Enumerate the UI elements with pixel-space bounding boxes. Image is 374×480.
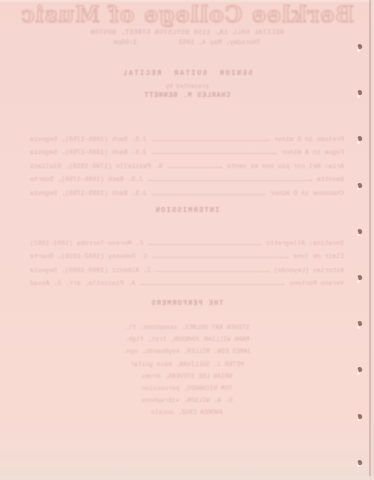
college-title: Berklee College of Music xyxy=(0,2,374,28)
binding-hole-icon xyxy=(357,136,363,144)
program-row: Prelude in D minor J.S. Bach (1685-1750)… xyxy=(30,129,344,143)
performer-line: TOM RICHARDS, percussion xyxy=(0,383,374,395)
performer-line: JAMES EDW. MILLER, keyboards, syn. xyxy=(0,346,374,358)
composer: G. Paisiello (1740-1816), Giuliani xyxy=(30,163,163,170)
dotted-leader xyxy=(156,271,269,272)
performer-line: STEVEN RAY HOLMES, saxophone, fl. xyxy=(0,322,374,334)
program-row: Aria: Nel cor piu non mi sento G. Paisie… xyxy=(30,156,344,170)
composer: J.S. Bach (1685-1750), Duarte xyxy=(30,176,143,183)
program-part1: Prelude in D minor J.S. Bach (1685-1750)… xyxy=(30,129,344,197)
performer-line: ANDREA CRUZ, vocals xyxy=(0,407,374,419)
piece-title: Prelude in D minor xyxy=(274,136,344,143)
piece-title: Aria: Nel cor piu non mi sento xyxy=(227,163,344,170)
performers-heading: THE PERFORMERS xyxy=(0,300,374,308)
date-line: Thursday, May 4, 19822:00pm xyxy=(0,39,374,46)
program-row: Gavotte J.S. Bach (1685-1750), Duarte xyxy=(30,170,344,184)
binding-hole-icon xyxy=(357,460,363,468)
binding-hole-icon xyxy=(357,321,363,329)
performer-line: BRIAN LEE STEVENS, drums xyxy=(0,371,374,383)
composer: C. Debussy (1862-1918), Duarte xyxy=(30,253,147,260)
program-row: Sonatina: Allegretto F. Moreno-Torroba (… xyxy=(30,233,344,247)
dotted-leader xyxy=(168,167,222,168)
program-row: Chaconne in D minor J.S. Bach (1685-1750… xyxy=(30,183,344,197)
composer: A. Piazzolla, arr. S. Assad xyxy=(30,280,135,287)
binding-hole-icon xyxy=(357,414,363,422)
time-text: 2:00pm xyxy=(113,39,136,46)
intermission-heading: INTERMISSION xyxy=(0,207,374,215)
performer-line: PETER J. SULLIVAN, bass guitar xyxy=(0,359,374,371)
program-row: Asturias (Leyenda) I. Albeniz (1860-1909… xyxy=(30,260,344,274)
binding-hole-icon xyxy=(357,367,363,375)
dotted-leader xyxy=(152,257,288,258)
piece-title: Chaconne in D minor xyxy=(270,190,344,197)
program-part2: Sonatina: Allegretto F. Moreno-Torroba (… xyxy=(30,233,344,287)
dotted-leader xyxy=(152,153,277,154)
dotted-leader xyxy=(148,244,261,245)
binding-hole-icon xyxy=(357,44,363,52)
dotted-leader xyxy=(140,284,284,285)
piece-title: Gavotte xyxy=(317,176,344,183)
date-text: Thursday, May 4, 1982 xyxy=(179,39,261,46)
piece-title: Sonatina: Allegretto xyxy=(266,240,344,247)
composer: J.S. Bach (1685-1750), Segovia xyxy=(30,190,147,197)
composer: F. Moreno-Torroba (1891-1982) xyxy=(30,240,143,247)
piece-title: Clair de lune xyxy=(293,253,344,260)
binding-hole-icon xyxy=(357,90,363,98)
performer-line: D. A. WILSON, vibraphone xyxy=(0,395,374,407)
dotted-leader xyxy=(148,180,312,181)
performer-line: MARK WILLIAM JOHNSON, trpt, flgh. xyxy=(0,334,374,346)
bleed-through-content: Berklee College of Music RECITAL HALL 1A… xyxy=(0,0,374,480)
program-row: Fugue in A minor J.S. Bach (1685-1750), … xyxy=(30,143,344,157)
venue-line: RECITAL HALL 1A, 1150 BOYLSTON STREET, B… xyxy=(0,29,374,36)
dotted-leader xyxy=(152,140,269,141)
piece-title: Verano Porteno xyxy=(289,280,344,287)
scanned-page: Berklee College of Music RECITAL HALL 1A… xyxy=(0,0,374,480)
binding-hole-icon xyxy=(357,183,363,191)
recital-heading: SENIOR GUITAR RECITAL xyxy=(0,70,374,78)
binding-hole-icon xyxy=(357,275,363,283)
piece-title: Fugue in A minor xyxy=(282,149,344,156)
dotted-leader xyxy=(152,194,265,195)
presented-by-line: presented by xyxy=(0,83,374,90)
performers-list: STEVEN RAY HOLMES, saxophone, fl. MARK W… xyxy=(0,322,374,420)
composer: J.S. Bach (1685-1750), Segovia xyxy=(30,149,147,156)
program-row: Verano Porteno A. Piazzolla, arr. S. Ass… xyxy=(30,274,344,288)
composer: J.S. Bach (1685-1750), Segovia xyxy=(30,136,147,143)
page-bottom-edge xyxy=(0,476,374,480)
performer-name: CHARLES M. BENNETT xyxy=(0,92,374,100)
program-row: Clair de lune C. Debussy (1862-1918), Du… xyxy=(30,247,344,261)
piece-title: Asturias (Leyenda) xyxy=(274,267,344,274)
binding-hole-icon xyxy=(357,229,363,237)
composer: I. Albeniz (1860-1909), Segovia xyxy=(30,267,151,274)
